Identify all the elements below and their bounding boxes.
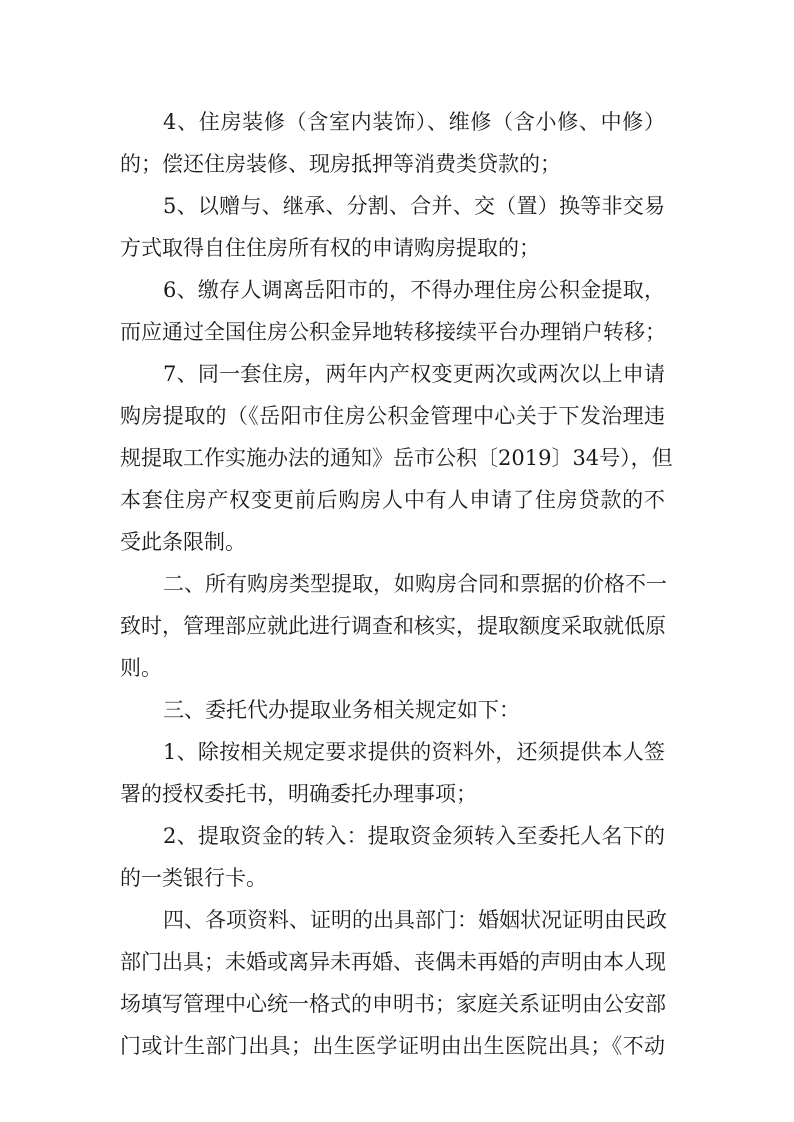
text-line: 受此条限制。 [120, 527, 665, 557]
text-line: 则。 [120, 653, 665, 683]
text-line: 2、提取资金的转入：提取资金须转入至委托人名下的 [163, 821, 665, 851]
text-line: 场填写管理中心统一格式的申明书；家庭关系证明由公安部 [120, 989, 665, 1019]
text-line: 致时，管理部应就此进行调查和核实，提取额度采取就低原 [120, 611, 665, 641]
text-line: 方式取得自住住房所有权的申请购房提取的； [120, 233, 665, 263]
text-line: 署的授权委托书，明确委托办理事项； [120, 779, 665, 809]
text-line: 规提取工作实施办法的通知》岳市公积〔2019〕34号），但 [120, 443, 665, 473]
text-line: 7、同一套住房，两年内产权变更两次或两次以上申请 [163, 359, 665, 389]
text-line: 1、除按相关规定要求提供的资料外，还须提供本人签 [163, 737, 665, 767]
text-line: 而应通过全国住房公积金异地转移接续平台办理销户转移； [120, 317, 665, 347]
text-line: 4、住房装修（含室内装饰）、维修（含小修、中修） [163, 107, 665, 137]
text-line: 的一类银行卡。 [120, 863, 665, 893]
text-line: 二、所有购房类型提取，如购房合同和票据的价格不一 [163, 569, 665, 599]
document-page: 4、住房装修（含室内装饰）、维修（含小修、中修） 的；偿还住房装修、现房抵押等消… [0, 0, 794, 1122]
text-line: 部门出具；未婚或离异未再婚、丧偶未再婚的声明由本人现 [120, 947, 665, 977]
text-line: 四、各项资料、证明的出具部门：婚姻状况证明由民政 [163, 905, 665, 935]
text-line: 本套住房产权变更前后购房人中有人申请了住房贷款的不 [120, 485, 665, 515]
text-line: 的；偿还住房装修、现房抵押等消费类贷款的； [120, 149, 665, 179]
text-line: 购房提取的（《岳阳市住房公积金管理中心关于下发治理违 [120, 401, 665, 431]
text-line: 5、以赠与、继承、分割、合并、交（置）换等非交易 [163, 191, 665, 221]
text-line: 三、委托代办提取业务相关规定如下： [163, 695, 665, 725]
text-line: 6、缴存人调离岳阳市的，不得办理住房公积金提取， [163, 275, 665, 305]
text-line: 门或计生部门出具；出生医学证明由出生医院出具；《不动 [120, 1031, 665, 1061]
